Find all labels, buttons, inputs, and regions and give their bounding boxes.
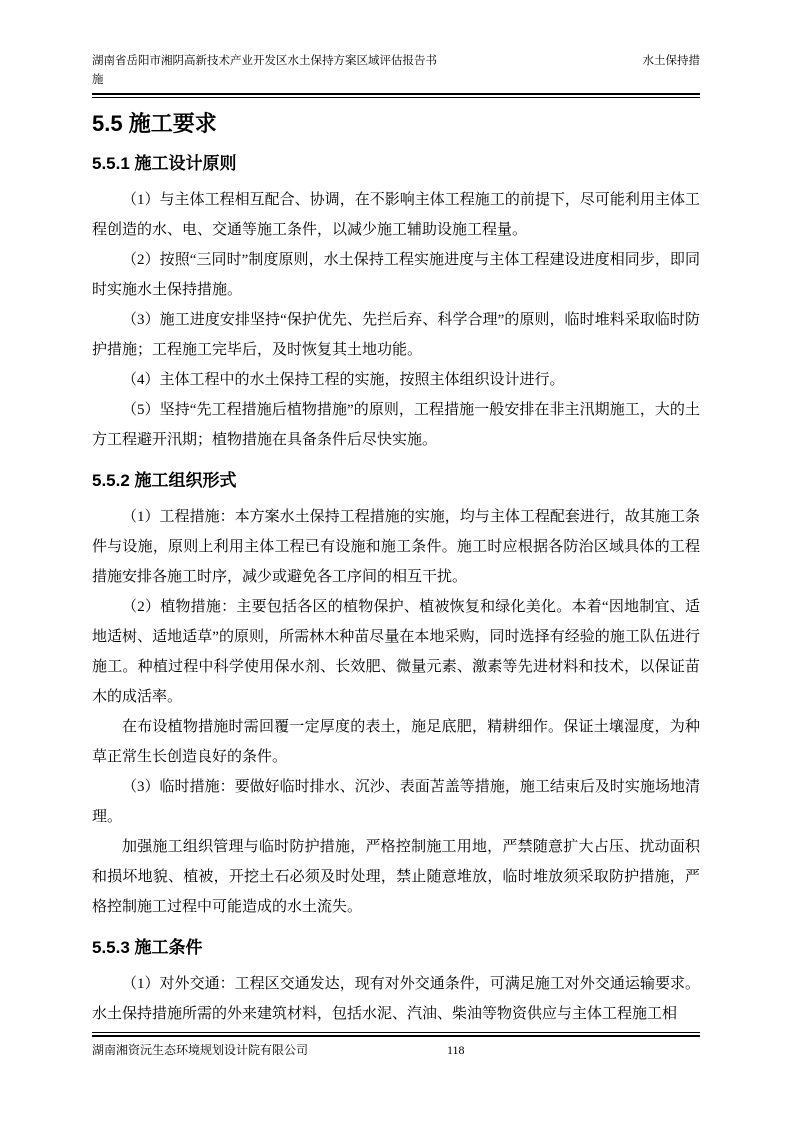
- paragraph: （3）临时措施：要做好临时排水、沉沙、表面苫盖等措施，施工结束后及时实施场地清理…: [92, 772, 700, 832]
- paragraph: （2）按照“三同时”制度原则，水土保持工程实施进度与主体工程建设进度相同步，即同…: [92, 245, 700, 305]
- footer-company: 湖南湘资沅生态环境规划设计院有限公司: [92, 1043, 308, 1057]
- paragraph: （3）施工进度安排坚持“保护优先、先拦后弃、科学合理”的原则，临时堆料采取临时防…: [92, 305, 700, 365]
- header-rule: [92, 93, 700, 98]
- heading-5-5-2: 5.5.2 施工组织形式: [92, 469, 700, 493]
- paragraph: （5）坚持“先工程措施后植物措施”的原则，工程措施一般安排在非主汛期施工，大的土…: [92, 395, 700, 455]
- heading-5-5-1: 5.5.1 施工设计原则: [92, 152, 700, 176]
- paragraph: （1）对外交通：工程区交通发达，现有对外交通条件，可满足施工对外交通运输要求。水…: [92, 969, 700, 1029]
- paragraph: 在布设植物措施时需回覆一定厚度的表土，施足底肥，精耕细作。保证土壤湿度，为种草正…: [92, 712, 700, 772]
- header-title-left: 湖南省岳阳市湘阴高新技术产业开发区水土保持方案区域评估报告书: [92, 52, 437, 71]
- document-page: 湖南省岳阳市湘阴高新技术产业开发区水土保持方案区域评估报告书 水土保持措 施 5…: [0, 0, 793, 1122]
- header-title-right: 水土保持措: [643, 52, 701, 71]
- paragraph: （4）主体工程中的水土保持工程的实施，按照主体组织设计进行。: [92, 365, 700, 395]
- paragraph: （2）植物措施：主要包括各区的植物保护、植被恢复和绿化美化。本着“因地制宜、适地…: [92, 592, 700, 712]
- page-header: 湖南省岳阳市湘阴高新技术产业开发区水土保持方案区域评估报告书 水土保持措 施: [92, 0, 700, 98]
- page-number: 118: [447, 1042, 465, 1058]
- footer-rule: [92, 1032, 700, 1037]
- header-title-wrap: 施: [92, 71, 700, 90]
- page-title: 5.5 施工要求: [92, 110, 700, 138]
- heading-5-5-3: 5.5.3 施工条件: [92, 936, 700, 960]
- page-footer: 湖南湘资沅生态环境规划设计院有限公司 118: [92, 1032, 700, 1058]
- paragraph: （1）与主体工程相互配合、协调，在不影响主体工程施工的前提下，尽可能利用主体工程…: [92, 185, 700, 245]
- paragraph: 加强施工组织管理与临时防护措施，严格控制施工用地，严禁随意扩大占压、扰动面积和损…: [92, 832, 700, 922]
- paragraph: （1）工程措施：本方案水土保持工程措施的实施，均与主体工程配套进行，故其施工条件…: [92, 502, 700, 592]
